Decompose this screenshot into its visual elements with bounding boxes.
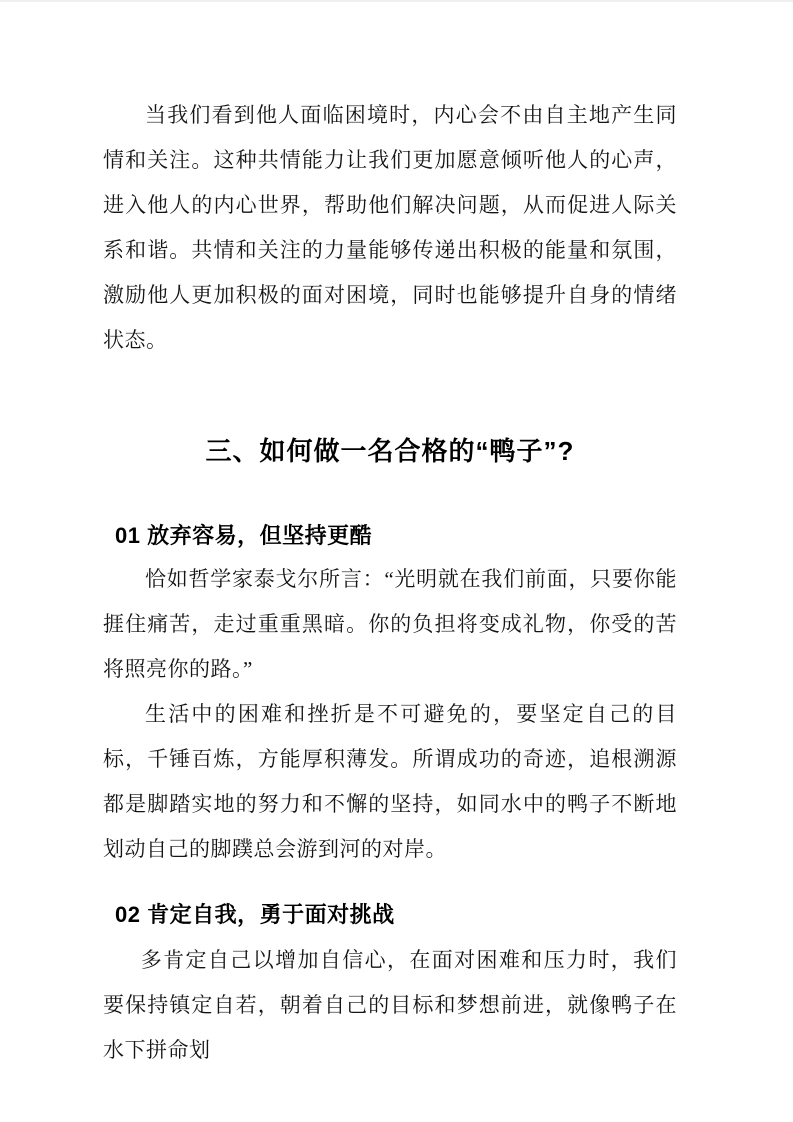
section-heading: 三、如何做一名合格的“鸭子”? (103, 433, 677, 469)
paragraph-perseverance: 生活中的困难和挫折是不可避免的，要坚定自己的目标，千锤百炼，方能厚积薄发。所谓成… (103, 692, 677, 872)
intro-paragraph: 当我们看到他人面临困境时，内心会不由自主地产生同情和关注。这种共情能力让我们更加… (103, 93, 677, 363)
paragraph-quote-tagore: 恰如哲学家泰戈尔所言：“光明就在我们前面，只要你能捱住痛苦，走过重重黑暗。你的负… (103, 557, 677, 692)
page-content: 当我们看到他人面临困境时，内心会不由自主地产生同情和关注。这种共情能力让我们更加… (0, 2, 793, 1122)
subsection-heading-02: 02 肯定自我，勇于面对挑战 (115, 900, 677, 930)
document-page: 当我们看到他人面临困境时，内心会不由自主地产生同情和关注。这种共情能力让我们更加… (0, 0, 793, 1122)
paragraph-self-affirmation: 多肯定自己以增加自信心，在面对困难和压力时，我们要保持镇定自若，朝着自己的目标和… (103, 938, 677, 1073)
subsection-heading-01: 01 放弃容易，但坚持更酷 (115, 521, 677, 551)
